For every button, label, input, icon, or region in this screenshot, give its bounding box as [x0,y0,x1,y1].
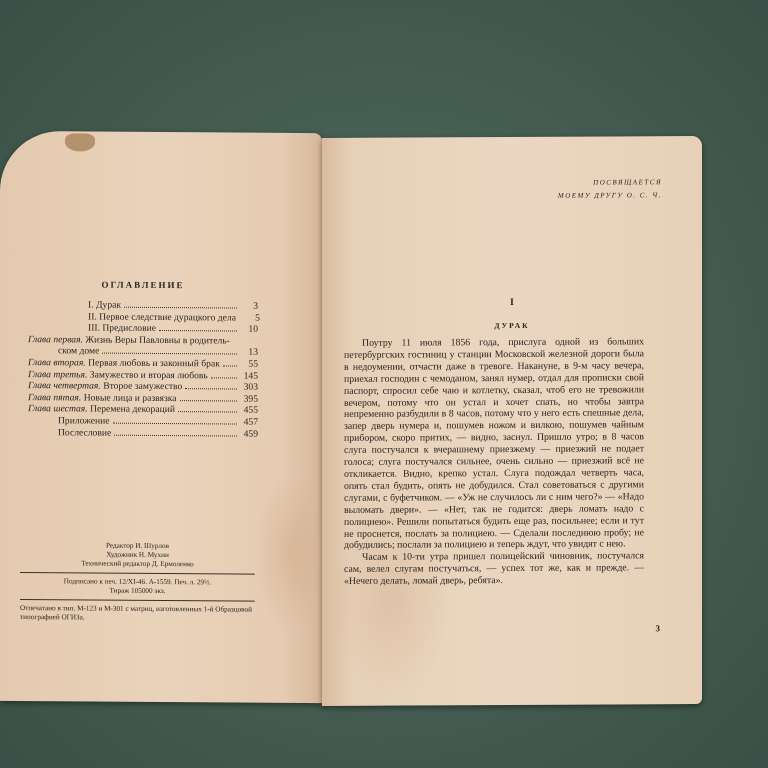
toc-page-number: 145 [240,370,258,382]
toc-entry-text: Второе замужество [103,381,182,393]
toc-entry-text: Приложение [58,415,110,426]
toc-entry-label: III. Предисловие [88,323,156,335]
toc-entry-text: ском доме [58,346,99,357]
right-page-chapter-one: ПОСВЯЩАЕТСЯ МОЕМУ ДРУГУ О. С. Ч. I ДУРАК… [322,136,702,706]
toc-page-number: 303 [240,382,258,394]
toc-chapter-prefix: Глава первая. [28,334,83,345]
water-stain [65,133,95,151]
toc-chapter-prefix: Глава четвертая. [28,380,101,392]
chapter-body-text: Поутру 11 июля 1856 года, прислуга одной… [344,336,644,588]
print-run: Тираж 105000 экз. [20,586,255,597]
toc-entry-label: I. Дурак [88,299,121,311]
table-of-contents: ОГЛАВЛЕНИЕ I. Дурак3II. Первое следствие… [28,279,258,440]
toc-page-number: 5 [242,312,260,324]
toc-entry-label: II. Первое следствие дурацкого дела [88,311,236,324]
toc-entry-label: Глава пятая. Новые лица и развязка [28,392,177,405]
chapter-title: ДУРАК [322,320,702,331]
left-page-table-of-contents: ОГЛАВЛЕНИЕ I. Дурак3II. Первое следствие… [0,131,322,703]
toc-chapter-prefix: Глава пятая. [28,392,81,403]
toc-page-number: 457 [240,416,258,428]
toc-entry-text: Замужество и вторая любовь [90,369,208,381]
tech-editor-credit: Технический редактор Д. Ермоленко [20,559,255,570]
toc-list: I. Дурак3II. Первое следствие дурацкого … [28,299,258,440]
divider [20,599,255,602]
toc-entry-text: Послесловие [58,427,111,438]
toc-leader-dots [180,400,237,401]
toc-entry-label: Послесловие [58,427,111,439]
toc-leader-dots [124,307,237,309]
toc-entry-label: Глава шестая. Перемена декораций [28,403,175,416]
water-stain [255,473,325,633]
dedication: ПОСВЯЩАЕТСЯ МОЕМУ ДРУГУ О. С. Ч. [492,176,662,203]
toc-page-number: 395 [240,393,258,405]
toc-entry-text: Жизнь Веры Павловны в родитель- [85,334,229,346]
toc-page-number: 13 [240,347,258,359]
printing-info: Отпечатано в тип. М-123 и М-301 с матриц… [20,604,255,624]
toc-title: ОГЛАВЛЕНИЕ [28,279,258,291]
imprint-credits: Редактор И. Шурлов Художник Н. Мухин Тех… [20,541,255,624]
toc-entry-text: III. Предисловие [88,323,156,334]
dedication-line-1: ПОСВЯЩАЕТСЯ [492,176,662,190]
dedication-line-2: МОЕМУ ДРУГУ О. С. Ч. [492,189,662,203]
toc-page-number: 10 [240,324,258,336]
toc-leader-dots [159,330,237,332]
chapter-number: I [322,296,702,309]
toc-leader-dots [185,388,237,389]
toc-page-number: 455 [240,405,258,417]
toc-page-number: 3 [240,301,258,313]
toc-entry-label: ском доме [58,346,99,358]
toc-leader-dots [114,434,237,436]
toc-leader-dots [113,423,238,425]
paragraph-2: Часам к 10-ти утра пришел полицейский чи… [344,551,644,588]
toc-entry-text: II. Первое следствие дурацкого дела [88,311,236,323]
toc-entry-text: Первая любовь и законный брак [88,357,220,369]
toc-page-number: 459 [240,428,258,440]
toc-page-number: 55 [240,359,258,371]
toc-leader-dots [178,411,237,412]
toc-entry-text: I. Дурак [88,299,121,310]
toc-entry-text: Новые лица и развязка [84,392,177,404]
toc-leader-dots [211,377,237,378]
toc-entry-label: Приложение [58,415,110,427]
toc-chapter-prefix: Глава третья. [28,369,87,380]
toc-chapter-prefix: Глава вторая. [28,357,86,368]
page-number: 3 [656,623,661,633]
toc-leader-dots [223,365,237,366]
toc-entry-text: Перемена декораций [90,404,175,416]
toc-leader-dots [102,353,237,355]
divider [20,572,255,575]
toc-chapter-prefix: Глава шестая. [28,403,88,414]
toc-entry: Послесловие459 [28,427,258,440]
paragraph-1: Поутру 11 июля 1856 года, прислуга одной… [344,336,644,552]
